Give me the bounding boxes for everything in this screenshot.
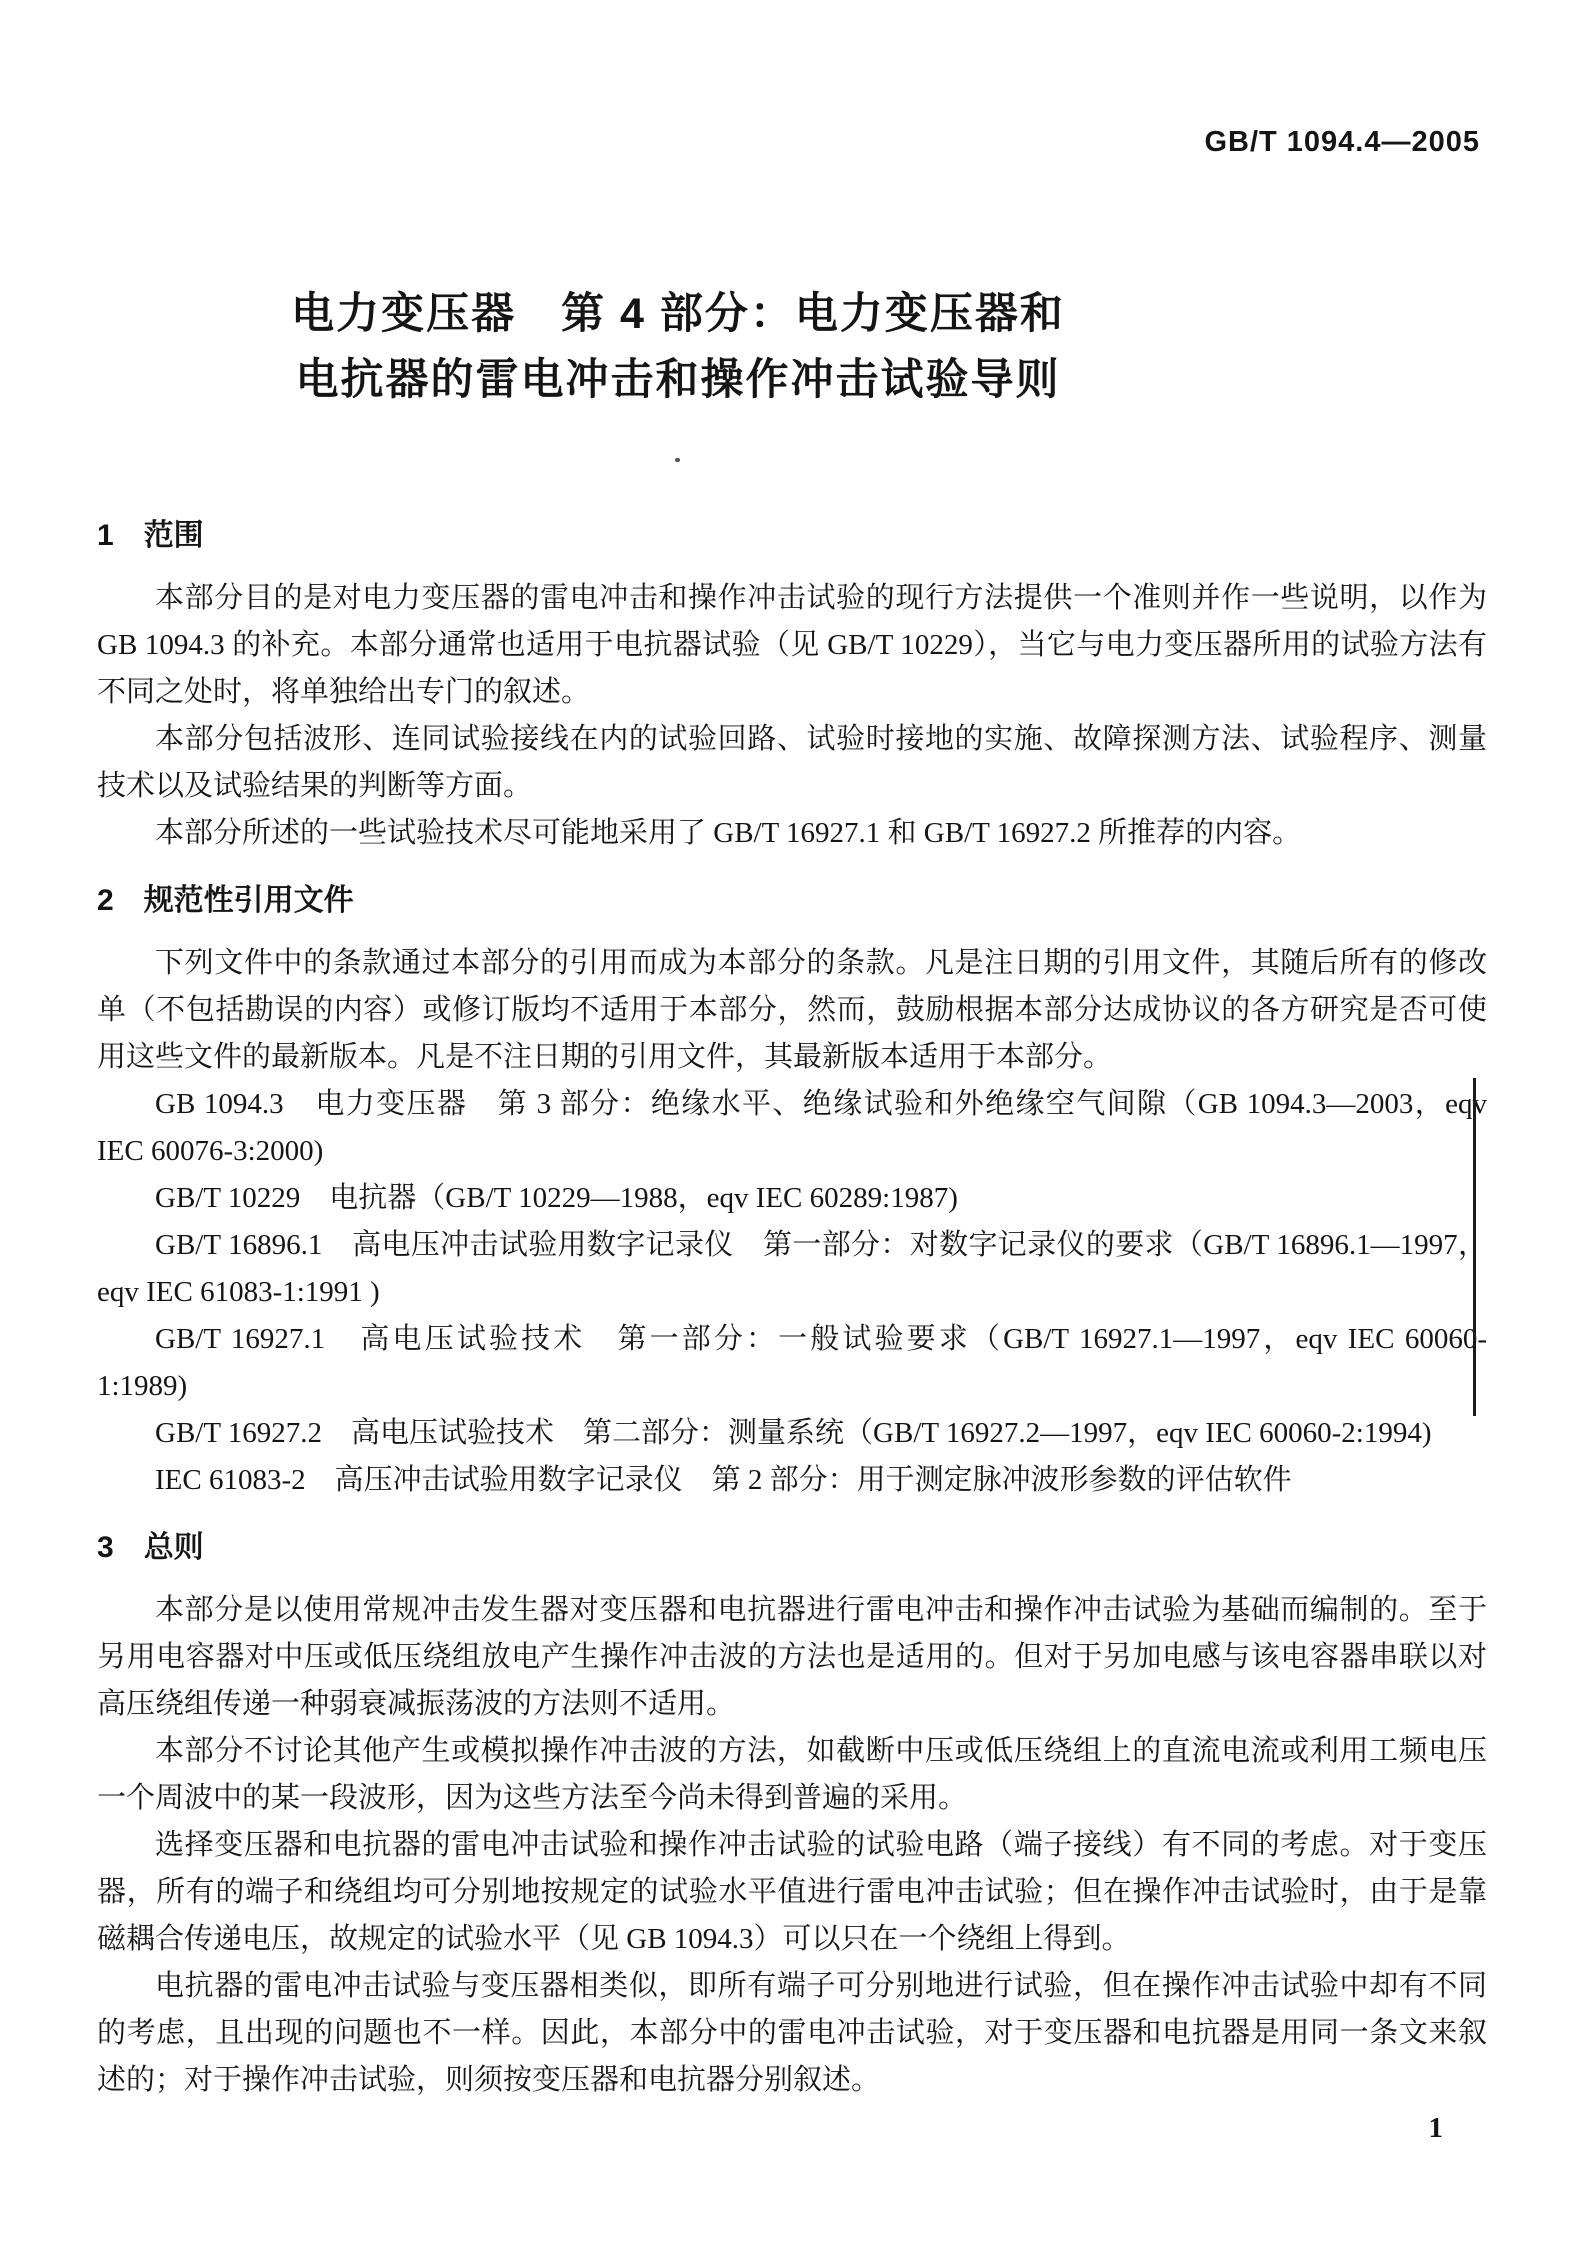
section-1-heading: 1范围 (97, 512, 1487, 559)
section-3-number: 3 (97, 1524, 114, 1571)
section-3-paragraph: 电抗器的雷电冲击试验与变压器相类似，即所有端子可分别地进行试验，但在操作冲击试验… (97, 1963, 1487, 2104)
section-3-heading: 3总则 (97, 1524, 1487, 1571)
section-2-number: 2 (97, 877, 114, 924)
page-number: 1 (1429, 2112, 1444, 2145)
revision-change-bar (1473, 1078, 1476, 1416)
document-title: 电力变压器 第 4 部分：电力变压器和 电抗器的雷电冲击和操作冲击试验导则 (0, 281, 1356, 413)
section-3-title: 总则 (144, 1531, 204, 1564)
section-1-title: 范围 (144, 519, 204, 552)
section-1-paragraph: 本部分目的是对电力变压器的雷电冲击和操作冲击试验的现行方法提供一个准则并作一些说… (97, 575, 1487, 716)
reference-item: GB/T 10229 电抗器（GB/T 10229—1988，eqv IEC 6… (97, 1175, 1487, 1222)
section-2-paragraph: 下列文件中的条款通过本部分的引用而成为本部分的条款。凡是注日期的引用文件，其随后… (97, 940, 1487, 1081)
document-body: 1范围 本部分目的是对电力变压器的雷电冲击和操作冲击试验的现行方法提供一个准则并… (97, 512, 1487, 2104)
document-title-line-2: 电抗器的雷电冲击和操作冲击试验导则 (0, 347, 1356, 413)
reference-item: GB 1094.3 电力变压器 第 3 部分：绝缘水平、绝缘试验和外绝缘空气间隙… (97, 1081, 1487, 1175)
section-1-paragraph: 本部分所述的一些试验技术尽可能地采用了 GB/T 16927.1 和 GB/T … (97, 810, 1487, 857)
document-title-line-1: 电力变压器 第 4 部分：电力变压器和 (0, 281, 1356, 347)
reference-item: GB/T 16896.1 高电压冲击试验用数字记录仪 第一部分：对数字记录仪的要… (97, 1222, 1487, 1316)
section-2-title: 规范性引用文件 (144, 884, 354, 917)
section-1-paragraph: 本部分包括波形、连同试验接线在内的试验回路、试验时接地的实施、故障探测方法、试验… (97, 716, 1487, 810)
section-3-paragraph: 本部分不讨论其他产生或模拟操作冲击波的方法，如截断中压或低压绕组上的直流电流或利… (97, 1728, 1487, 1822)
reference-item: GB/T 16927.1 高电压试验技术 第一部分：一般试验要求（GB/T 16… (97, 1316, 1487, 1410)
section-1-number: 1 (97, 512, 114, 559)
scan-artifact-dot (675, 458, 680, 462)
document-page: GB/T 1094.4—2005 电力变压器 第 4 部分：电力变压器和 电抗器… (0, 0, 1579, 2244)
section-3-paragraph: 本部分是以使用常规冲击发生器对变压器和电抗器进行雷电冲击和操作冲击试验为基础而编… (97, 1587, 1487, 1728)
standard-code-header: GB/T 1094.4—2005 (0, 126, 1480, 159)
section-3-paragraph: 选择变压器和电抗器的雷电冲击试验和操作冲击试验的试验电路（端子接线）有不同的考虑… (97, 1822, 1487, 1963)
reference-item: IEC 61083-2 高压冲击试验用数字记录仪 第 2 部分：用于测定脉冲波形… (97, 1457, 1487, 1504)
reference-item: GB/T 16927.2 高电压试验技术 第二部分：测量系统（GB/T 1692… (97, 1410, 1487, 1457)
section-2-heading: 2规范性引用文件 (97, 877, 1487, 924)
